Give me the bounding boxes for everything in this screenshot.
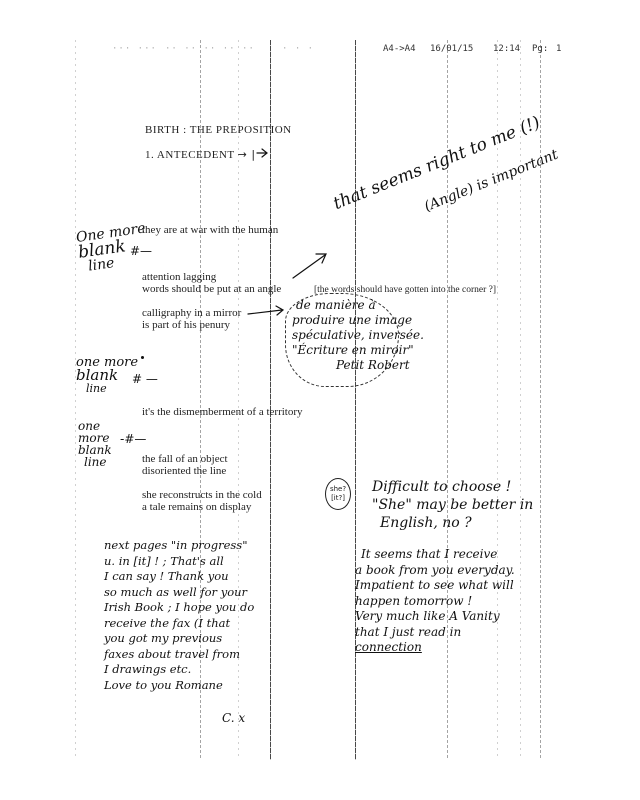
blank-line-mark: -#— [120, 432, 146, 446]
fax-page-label: Pg: [532, 44, 548, 54]
poem-line: a tale remains on display [142, 501, 251, 514]
letter-line: I drawings etc. [104, 662, 254, 678]
book-note-line: connection [355, 640, 515, 656]
margin-note-blank-line: one more blank line [78, 420, 112, 468]
book-note-line: happen tomorrow ! [355, 594, 515, 610]
blank-line-mark: #— [130, 244, 152, 258]
arrow-icon [276, 306, 283, 315]
letter-line: Irish Book ; I hope you do [104, 600, 254, 616]
fax-date: 16/01/15 [430, 44, 473, 54]
letter-line: I can say ! Thank you [104, 569, 254, 585]
book-note-line: Impatient to see what will [355, 578, 515, 594]
arrow-icon [248, 310, 282, 314]
poem-line: it's the dismemberment of a territory [142, 406, 303, 419]
fax-header: ··· ··· ·· ·· ·· ·· ·· · · · A4->A4 16/0… [0, 44, 640, 58]
scan-streak [270, 40, 271, 760]
arrow-icon [316, 254, 326, 263]
margin-note-text: line [78, 456, 112, 468]
fax-page: ··· ··· ·· ·· ·· ·· ·· · · · A4->A4 16/0… [0, 0, 640, 800]
circled-note-line: she? [326, 485, 350, 494]
dot-mark [141, 356, 144, 359]
letter-line: so much as well for your [104, 585, 254, 601]
fax-sender-code: · · · [282, 44, 314, 54]
fax-page-number: 1 [556, 44, 561, 54]
poem-section-label: 1. ANTECEDENT [145, 149, 234, 161]
book-note-line: Very much like A Vanity [355, 609, 515, 625]
poem-line: disoriented the line [142, 465, 226, 478]
choose-note-line: Difficult to choose ! [372, 478, 533, 496]
blank-line-mark: # — [132, 372, 158, 386]
book-note-line: a book from you everyday. [355, 563, 515, 579]
definition-line: spéculative, inversée. [292, 328, 424, 343]
circled-note: she? [it?] [325, 478, 351, 510]
poem-line: is part of his penury [142, 319, 230, 332]
margin-note-blank-line: one more blank line [76, 356, 138, 395]
definition-line: de manière à [292, 298, 424, 313]
arrow-icon: → | [238, 148, 256, 161]
fax-sender-id: ··· ··· [112, 44, 157, 54]
scan-streak [75, 40, 76, 760]
definition-line: produire une image [292, 313, 424, 328]
fax-time: 12:14 [493, 44, 520, 54]
book-note: It seems that I receive a book from you … [355, 547, 515, 656]
book-note-line: that I just read in [355, 625, 515, 641]
arrow-icon [293, 255, 325, 278]
fax-sender-number: ·· ·· ·· ·· ·· [165, 44, 255, 54]
letter-line: u. in [it] ! ; That's all [104, 554, 254, 570]
book-note-line: It seems that I receive [355, 547, 515, 563]
letter-line: next pages "in progress" [104, 538, 254, 554]
definition-line: "Écriture en miroir" [292, 343, 424, 358]
letter-line: faxes about travel from [104, 647, 254, 663]
margin-note-text: blank [76, 369, 138, 382]
scan-streak [520, 40, 521, 760]
signature-tail: C. x [222, 712, 245, 725]
choose-note: Difficult to choose ! "She" may be bette… [372, 478, 533, 532]
letter-line: Love to you Romane [104, 678, 254, 694]
poem-line: they are at war with the human [142, 224, 278, 237]
definition-line: Petit Robert [292, 358, 424, 373]
choose-note-line: English, no ? [372, 514, 533, 532]
fax-paper-size: A4->A4 [383, 44, 416, 54]
letter-line: you got my previous [104, 631, 254, 647]
choose-note-line: "She" may be better in [372, 496, 533, 514]
poem-line: words should be put at an angle [142, 283, 281, 296]
poem-title: BIRTH : THE PREPOSITION [145, 124, 292, 137]
definition-text: de manière à produire une image spéculat… [292, 298, 424, 373]
annotation-arrows [0, 0, 640, 800]
poem-section: 1. ANTECEDENT → | [145, 148, 256, 162]
scan-streak [540, 40, 541, 760]
letter-line: receive the fax (I that [104, 616, 254, 632]
letter-note: next pages "in progress" u. in [it] ! ; … [104, 538, 254, 693]
circled-note-line: [it?] [326, 494, 350, 503]
